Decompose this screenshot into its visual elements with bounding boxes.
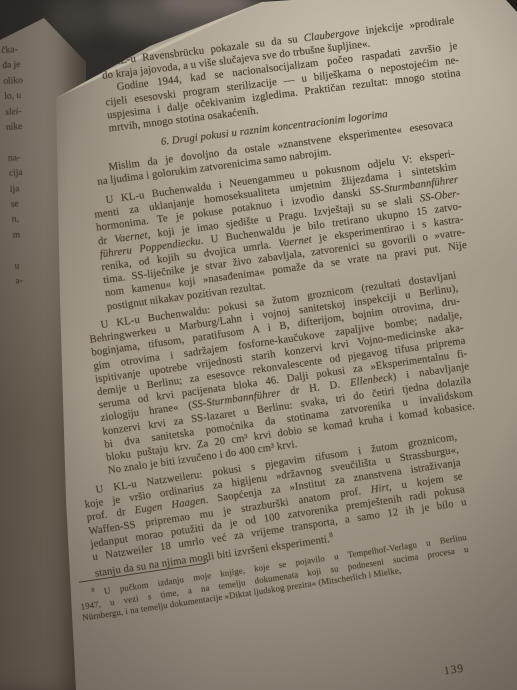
page-number: 139 (443, 663, 465, 678)
first-line-indent (88, 328, 101, 330)
first-line-indent (96, 170, 109, 172)
cut-off-line-fragment: a- (15, 272, 56, 290)
book-page: u KL-u Ravensbrücku pokazale su da su Cl… (0, 0, 517, 690)
first-line-indent (83, 493, 96, 495)
footnote-marker: 8 (329, 531, 334, 539)
first-line-indent (79, 596, 92, 598)
footnote-marker: 8 (91, 588, 95, 594)
first-line-indent (93, 203, 106, 205)
book-photo: čka-da jeolikolo, uslei-nikena-cijaijase… (0, 0, 517, 690)
first-line-indent (104, 91, 117, 93)
